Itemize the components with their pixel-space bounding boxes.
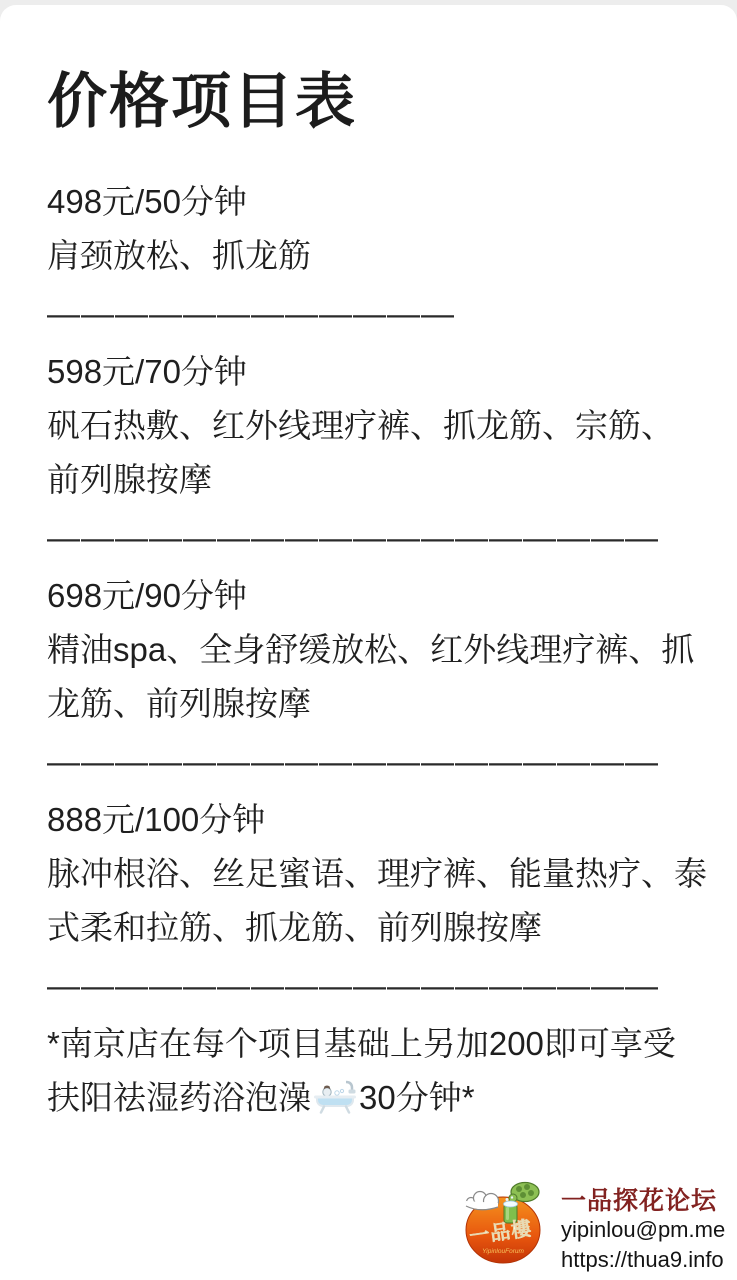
- service-items-line: 矾石热敷、红外线理疗裤、抓龙筋、宗筋、: [47, 399, 699, 453]
- service-items-line: 式柔和拉筋、抓龙筋、前列腺按摩: [47, 901, 699, 955]
- forum-email: yipinlou@pm.me: [561, 1216, 725, 1244]
- page-title: 价格项目表: [47, 63, 699, 141]
- price-line: 498元/50分钟: [47, 175, 699, 229]
- price-section: 698元/90分钟 精油spa、全身舒缓放松、红外线理疗裤、抓 龙筋、前列腺按摩…: [47, 569, 699, 789]
- price-line: 598元/70分钟: [47, 345, 699, 399]
- service-items-line: 脉冲根浴、丝足蜜语、理疗裤、能量热疗、泰: [47, 847, 699, 901]
- svg-text:YipinlouForum: YipinlouForum: [482, 1248, 524, 1255]
- section-divider: ——————————————————: [47, 735, 699, 789]
- footnote-text: 扶阳祛湿药浴泡澡: [47, 1071, 311, 1125]
- service-items-line: 精油spa、全身舒缓放松、红外线理疗裤、抓: [47, 623, 699, 677]
- service-items-line: 龙筋、前列腺按摩: [47, 677, 699, 731]
- forum-name: 一品探花论坛: [561, 1186, 725, 1216]
- watermark-text-block: 一品探花论坛 yipinlou@pm.me https://thua9.info: [561, 1176, 725, 1274]
- section-divider: ——————————————————: [47, 511, 699, 565]
- price-section: 498元/50分钟 肩颈放松、抓龙筋 ————————————: [47, 175, 699, 341]
- price-list-card: 价格项目表 498元/50分钟 肩颈放松、抓龙筋 ———————————— 59…: [0, 5, 737, 1280]
- price-section: 598元/70分钟 矾石热敷、红外线理疗裤、抓龙筋、宗筋、 前列腺按摩 ————…: [47, 345, 699, 565]
- service-items-line: 肩颈放松、抓龙筋: [47, 229, 699, 283]
- price-line: 888元/100分钟: [47, 793, 699, 847]
- forum-url: https://thua9.info: [561, 1246, 725, 1274]
- section-divider: ——————————————————: [47, 959, 699, 1013]
- price-line: 698元/90分钟: [47, 569, 699, 623]
- footnote-text: 30分钟*: [359, 1071, 475, 1125]
- bathtub-emoji-icon: [313, 1078, 357, 1118]
- footnote-line: *南京店在每个项目基础上另加200即可享受: [47, 1017, 699, 1071]
- section-divider: ————————————: [47, 287, 699, 341]
- price-section: 888元/100分钟 脉冲根浴、丝足蜜语、理疗裤、能量热疗、泰 式柔和拉筋、抓龙…: [47, 793, 699, 1013]
- service-items-line: 前列腺按摩: [47, 453, 699, 507]
- footnote-line: 扶阳祛湿药浴泡澡: [47, 1071, 699, 1125]
- yipinlou-logo-icon: 一品樓 YipinlouForum: [461, 1176, 545, 1268]
- footnote: *南京店在每个项目基础上另加200即可享受 扶阳祛湿药浴泡澡: [47, 1017, 699, 1125]
- forum-watermark: 一品樓 YipinlouForum 一品探花论坛 yipinlou@pm.me …: [461, 1176, 725, 1274]
